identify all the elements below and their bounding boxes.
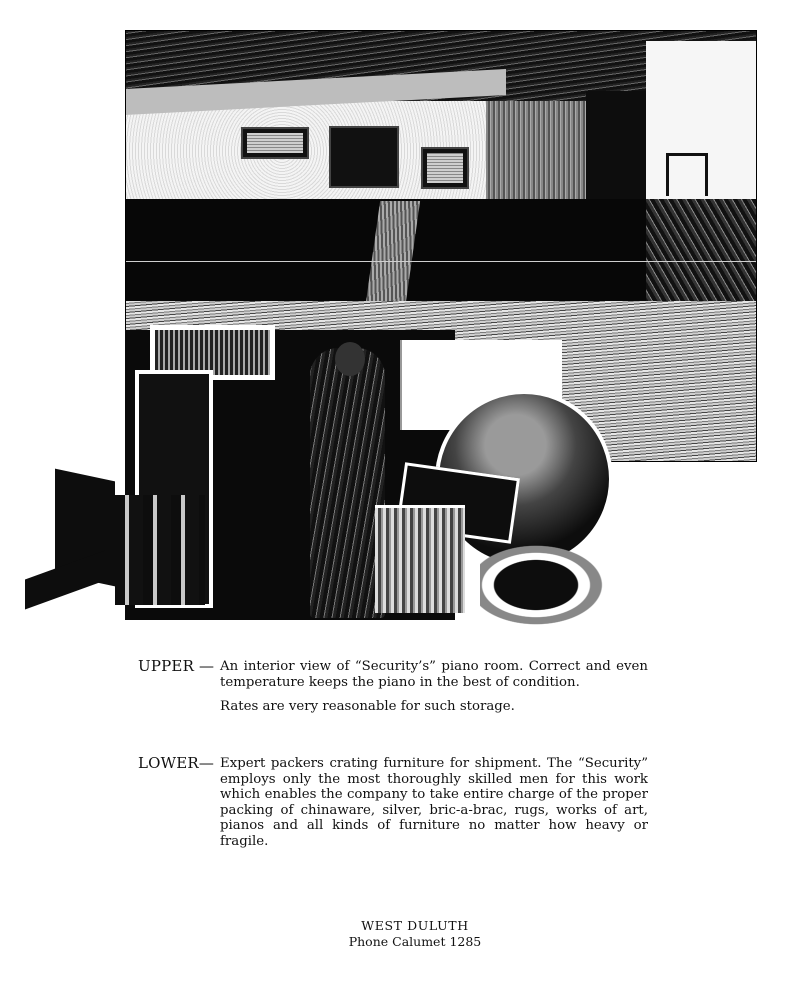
footer-city: WEST DULUTH (300, 918, 530, 934)
caption-note: Rates are very reasonable for such stora… (220, 699, 648, 715)
barrel (375, 505, 465, 613)
caption-text: An interior view of “Security’s” piano r… (220, 659, 648, 690)
tarp (480, 535, 620, 635)
picture-frame (329, 126, 399, 188)
caption-upper: UPPER — An interior view of “Security’s”… (138, 659, 648, 715)
picture-frame (421, 147, 469, 189)
picture-frame (241, 127, 309, 159)
slatted-crate (115, 495, 205, 605)
footer: WEST DULUTH Phone Calumet 1285 (300, 918, 530, 950)
photo-lower-packers (20, 320, 630, 650)
caption-label: LOWER— (138, 756, 220, 849)
scan-line (126, 261, 756, 262)
chair-icon (666, 153, 708, 196)
packer-head (335, 342, 365, 376)
packer-figure (310, 348, 385, 618)
caption-label: UPPER — (138, 659, 220, 690)
caption-lower: LOWER— Expert packers crating furniture … (138, 756, 648, 849)
caption-text: Expert packers crating furniture for shi… (220, 756, 648, 849)
footer-phone: Phone Calumet 1285 (300, 934, 530, 950)
